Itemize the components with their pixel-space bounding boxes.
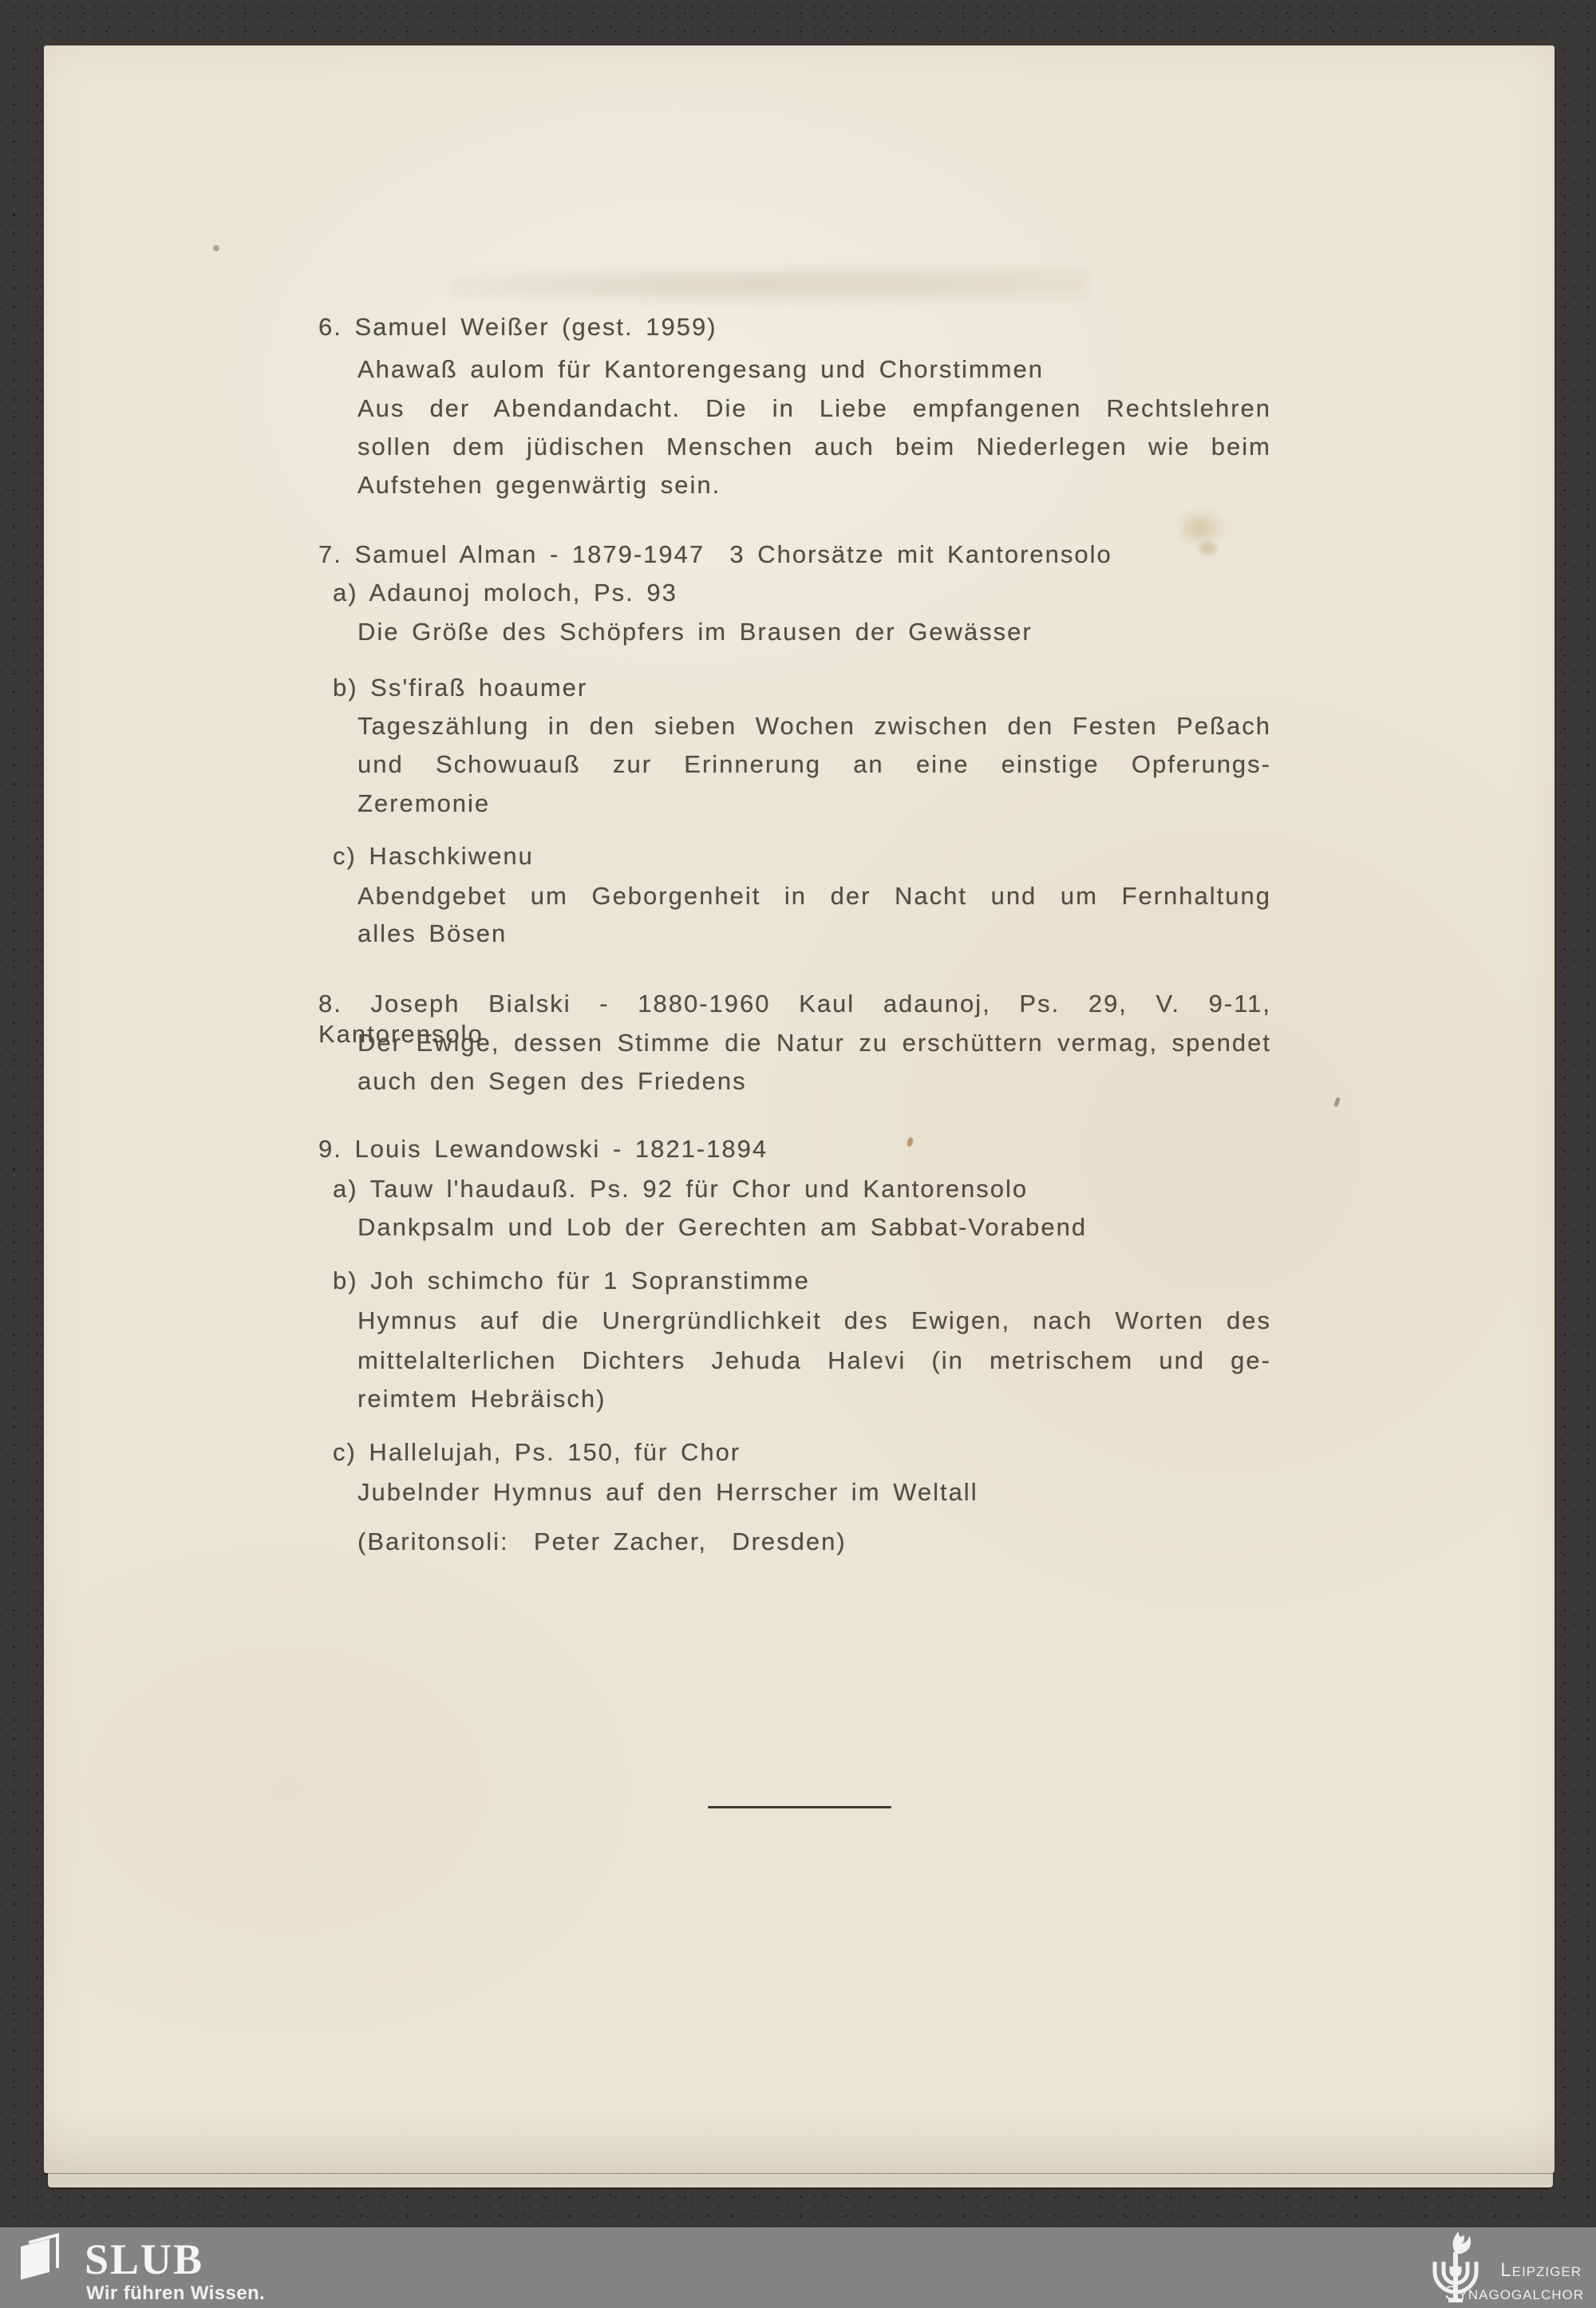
section-divider (708, 1806, 891, 1808)
paper-stain (1199, 542, 1217, 555)
program-line: Der Ewige, dessen Stimme die Natur zu er… (358, 1028, 1271, 1058)
program-item-heading: 7. Samuel Alman - 1879-1947 3 Chorsätze … (318, 539, 1112, 570)
program-line: mittelalterlichen Dichters Jehuda Halevi… (358, 1346, 1271, 1376)
program-line: Ahawaß aulom für Kantorengesang und Chor… (358, 354, 1044, 385)
program-item-heading: 6. Samuel Weißer (gest. 1959) (318, 312, 717, 342)
slub-tagline: Wir führen Wissen. (86, 2283, 265, 2303)
program-line: Abendgebet um Geborgenheit in der Nacht … (358, 881, 1271, 911)
underlying-sheet-edge (48, 2173, 1553, 2187)
page-showthrough-smudge (451, 266, 1089, 307)
paper-fleck (1333, 1097, 1340, 1108)
program-subitem-heading: b) Ss'firaß hoaumer (333, 673, 587, 703)
program-line: Aufstehen gegenwärtig sein. (358, 470, 721, 500)
slub-wordmark[interactable]: SLUB (85, 2238, 203, 2281)
program-line: auch den Segen des Friedens (358, 1066, 747, 1097)
partner-logo-line2[interactable]: Synagogalchor (1445, 2284, 1584, 2303)
program-soloist-note: (Baritonsoli: Peter Zacher, Dresden) (358, 1527, 847, 1557)
program-line: Aus der Abendandacht. Die in Liebe empfa… (358, 393, 1271, 424)
paper-stain (1174, 507, 1227, 548)
program-subitem-heading: b) Joh schimcho für 1 Sopranstimme (333, 1266, 810, 1296)
program-line: Jubelnder Hymnus auf den Herrscher im We… (358, 1477, 978, 1508)
program-item-heading: 9. Louis Lewandowski - 1821-1894 (318, 1134, 768, 1164)
program-line: und Schowuauß zur Erinnerung an eine ein… (358, 749, 1271, 780)
program-line: reimtem Hebräisch) (358, 1384, 606, 1414)
viewer-canvas: 6. Samuel Weißer (gest. 1959) Ahawaß aul… (0, 0, 1596, 2308)
program-line: alles Bösen (358, 919, 507, 949)
program-line: Tageszählung in den sieben Wochen zwisch… (358, 711, 1271, 741)
program-line: Dankpsalm und Lob der Gerechten am Sabba… (358, 1212, 1087, 1243)
program-line: Die Größe des Schöpfers im Brausen der G… (358, 617, 1033, 647)
paper-fleck (213, 245, 219, 251)
program-subitem-heading: a) Adaunoj moloch, Ps. 93 (333, 578, 678, 608)
program-subitem-heading: c) Hallelujah, Ps. 150, für Chor (333, 1437, 741, 1468)
open-book-icon[interactable] (18, 2232, 62, 2280)
program-subitem-heading: c) Haschkiwenu (333, 841, 534, 871)
program-line: Hymnus auf die Unergründlichkeit des Ewi… (358, 1306, 1271, 1336)
program-line: sollen dem jüdischen Menschen auch beim … (358, 432, 1271, 462)
paper-fleck (907, 1136, 915, 1147)
partner-logo-line1[interactable]: Leipziger (1500, 2261, 1582, 2280)
program-subitem-heading: a) Tauw l'haudauß. Ps. 92 für Chor und K… (333, 1174, 1028, 1204)
program-line: Zeremonie (358, 788, 490, 819)
